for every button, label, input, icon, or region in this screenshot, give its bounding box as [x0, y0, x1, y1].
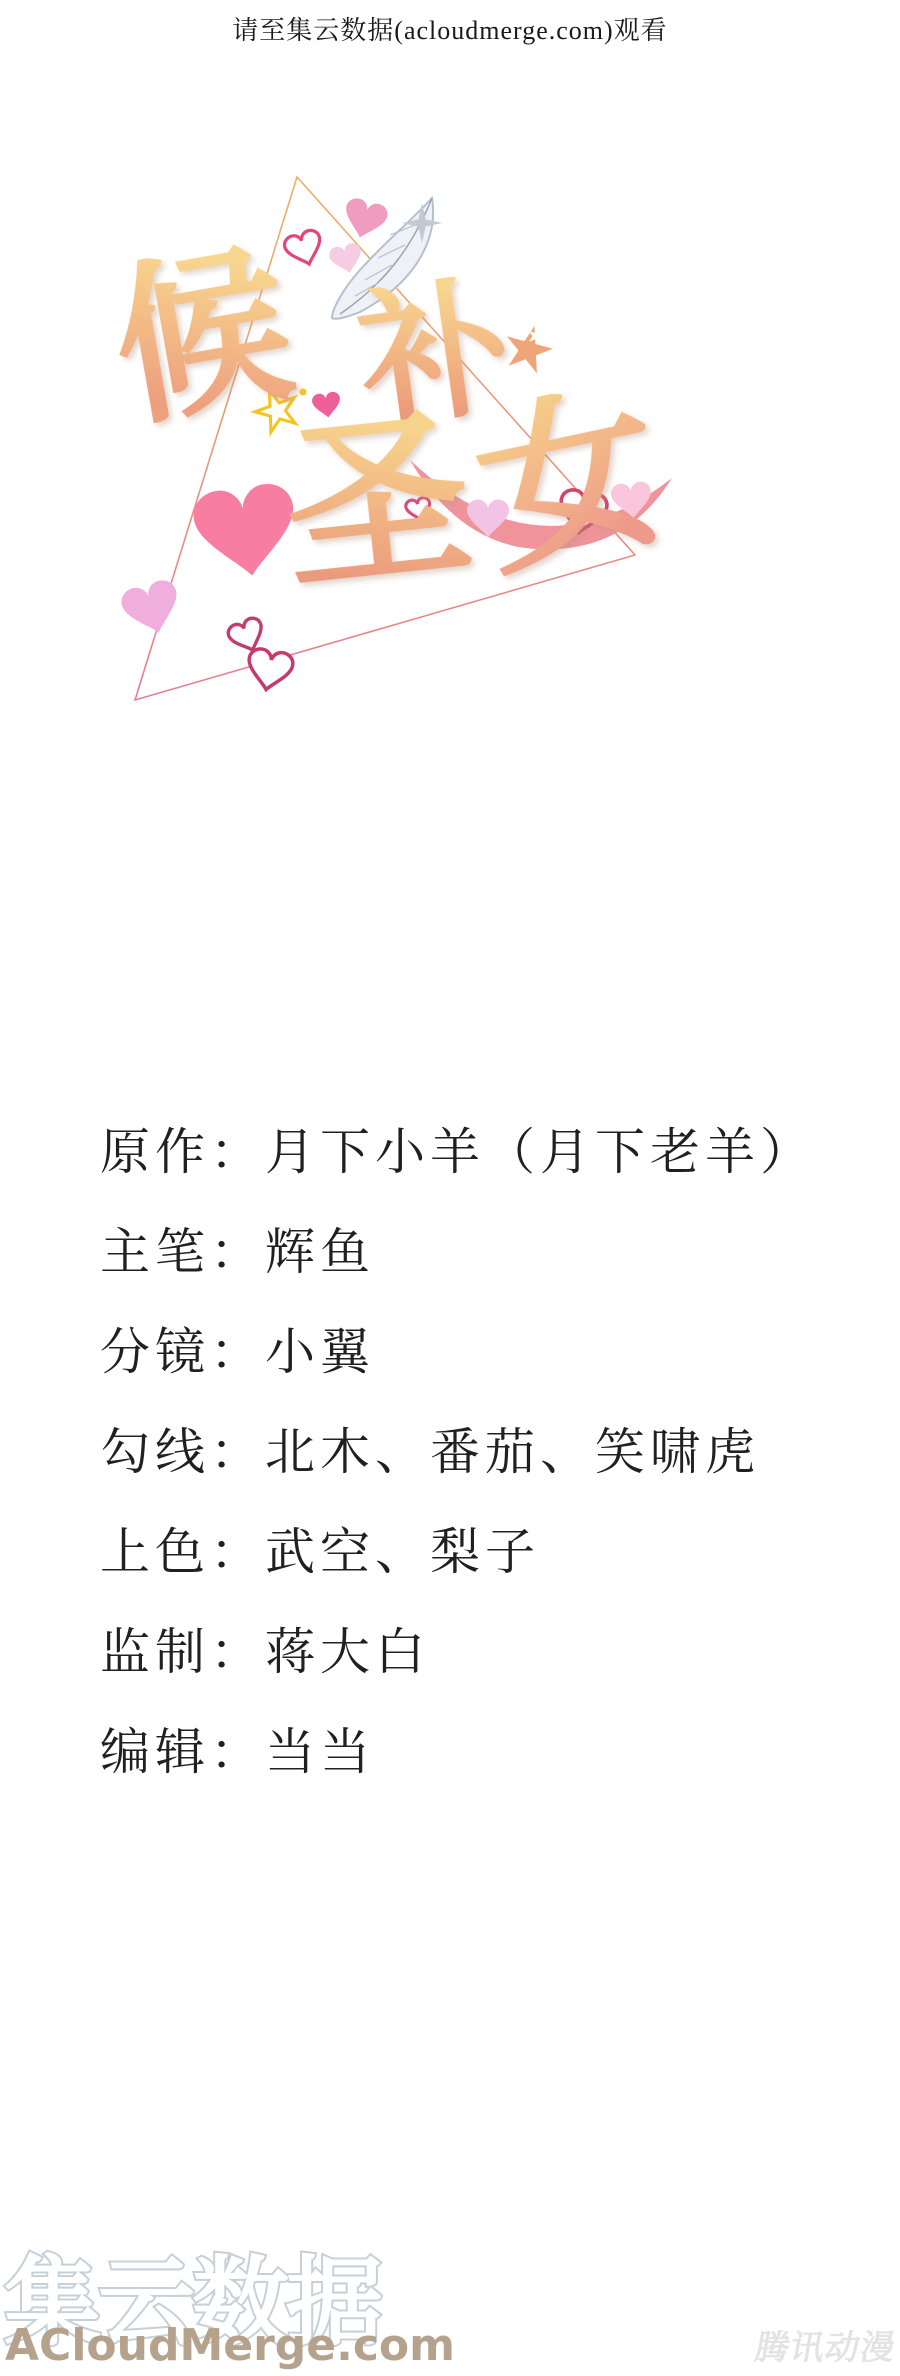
title-logo: 候 补 圣 女 [60, 130, 680, 810]
credit-line: 主笔：辉鱼 [100, 1198, 815, 1298]
credit-role: 原作： [100, 1112, 265, 1184]
credit-names: 蒋大白 [265, 1612, 430, 1684]
credit-role: 监制： [100, 1612, 265, 1684]
credit-names: 武空、梨子 [265, 1512, 540, 1584]
credit-line: 勾线：北木、番茄、笑啸虎 [100, 1398, 815, 1498]
credit-line: 原作：月下小羊（月下老羊） [100, 1098, 815, 1198]
credit-names: 月下小羊（月下老羊） [265, 1112, 815, 1184]
credit-role: 编辑： [100, 1712, 265, 1784]
title-char-3: 圣 [276, 401, 479, 604]
credit-line: 编辑：当当 [100, 1698, 815, 1798]
title-char-4: 女 [463, 375, 677, 588]
comic-credits-page: 请至集云数据(acloudmerge.com)观看 [0, 0, 900, 2376]
credit-role: 勾线： [100, 1412, 265, 1484]
title-char-1: 候 [101, 236, 304, 439]
publisher-badge: 腾讯动漫 [752, 2320, 900, 2369]
credit-names: 辉鱼 [265, 1212, 375, 1284]
credit-names: 小翼 [265, 1312, 375, 1384]
credit-names: 当当 [265, 1712, 375, 1784]
credit-line: 上色：武空、梨子 [100, 1498, 815, 1598]
credit-names: 北木、番茄、笑啸虎 [265, 1412, 760, 1484]
site-watermark-url: ACloudMerge.com [5, 2320, 455, 2371]
credit-role: 分镜： [100, 1312, 265, 1384]
credit-line: 分镜：小翼 [100, 1298, 815, 1398]
credit-role: 主笔： [100, 1212, 265, 1284]
credits-list: 原作：月下小羊（月下老羊） 主笔：辉鱼 分镜：小翼 勾线：北木、番茄、笑啸虎 上… [100, 1098, 815, 1798]
credit-line: 监制：蒋大白 [100, 1598, 815, 1698]
top-notice-text: 请至集云数据(acloudmerge.com)观看 [0, 10, 900, 47]
credit-role: 上色： [100, 1512, 265, 1584]
